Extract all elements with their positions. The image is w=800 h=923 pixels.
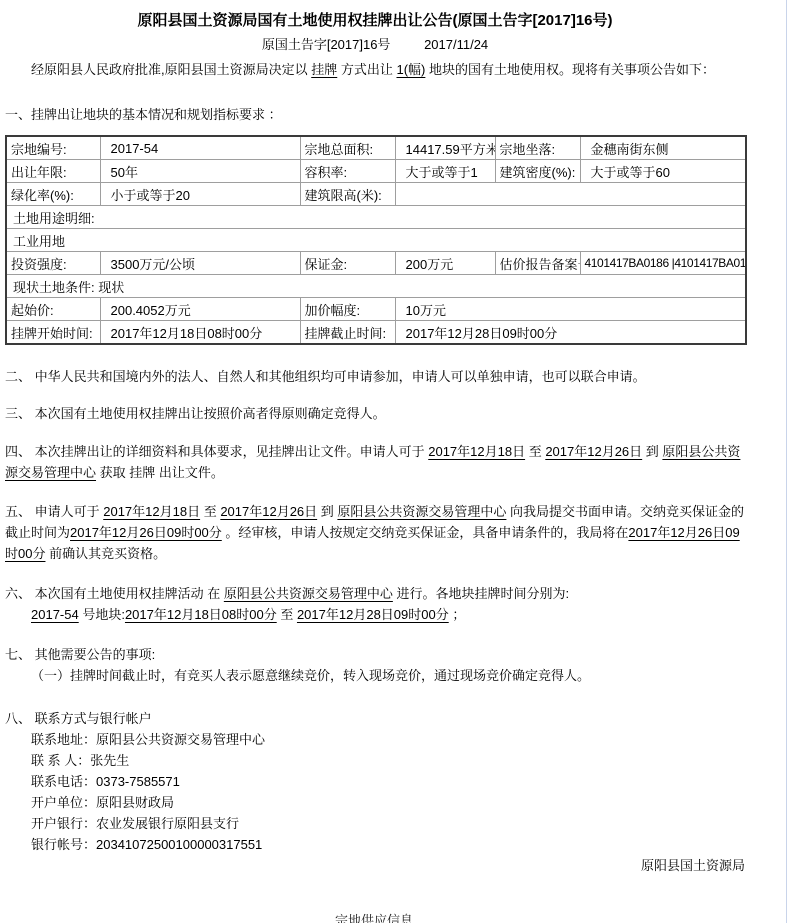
table-row-current-condition: 现状土地条件: 现状 bbox=[6, 275, 746, 298]
text-run: 进行。各地块挂牌时间分别为: bbox=[393, 586, 569, 601]
table-row-greening: 绿化率(%): 小于或等于20 建筑限高(米): bbox=[6, 183, 746, 206]
cell-value-deposit: 200万元 bbox=[395, 252, 495, 275]
contact-phone: 联系电话：0373-7585571 bbox=[5, 771, 745, 792]
cell-label-greening-rate: 绿化率(%): bbox=[6, 183, 100, 206]
section-5-paragraph: 五、 申请人可于 2017年12月18日 至 2017年12月26日 到 原阳县… bbox=[5, 501, 745, 564]
table-row-term: 出让年限: 50年 容积率: 大于或等于1 建筑密度(%): 大于或等于60 bbox=[6, 160, 746, 183]
text-run: 至 bbox=[277, 607, 297, 622]
cell-value-listing-start-time: 2017年12月18日08时00分 bbox=[100, 321, 300, 345]
cell-label-term: 出让年限: bbox=[6, 160, 100, 183]
text-run: 号地块: bbox=[79, 607, 125, 622]
cell-label-total-area: 宗地总面积: bbox=[300, 136, 395, 160]
section-1-heading: 一、挂牌出让地块的基本情况和规划指标要求 ： bbox=[5, 104, 745, 125]
section-6-paragraph: 六、 本次国有土地使用权挂牌活动 在 原阳县公共资源交易管理中心 进行。各地块挂… bbox=[5, 583, 745, 604]
cell-label-listing-start-time: 挂牌开始时间: bbox=[6, 321, 100, 345]
text-run: 至 bbox=[200, 504, 220, 519]
cell-label-location: 宗地坐落: bbox=[495, 136, 580, 160]
section-6-parcel-schedule: 2017-54 号地块:2017年12月18日08时00分 至 2017年12月… bbox=[5, 604, 745, 625]
section-8-heading: 八、 联系方式与银行帐户 bbox=[5, 708, 745, 729]
text-run: 至 bbox=[525, 444, 545, 459]
cell-value-listing-end-time: 2017年12月28日09时00分 bbox=[395, 321, 746, 345]
cell-value-greening-rate: 小于或等于20 bbox=[100, 183, 300, 206]
text-run: 前确认其竞买资格。 bbox=[45, 546, 166, 561]
cell-value-height-limit bbox=[395, 183, 746, 206]
underlined-text: 2017年12月18日08时00分 bbox=[125, 607, 277, 622]
underlined-text: 2017年12月26日 bbox=[545, 444, 642, 459]
parcel-info-table: 宗地编号: 2017-54 宗地总面积: 14417.59平方米 宗地坐落: 金… bbox=[5, 135, 747, 345]
underlined-text: 2017年12月18日 bbox=[103, 504, 200, 519]
doc-meta-line: 原国土告字[2017]16号 2017/11/24 bbox=[5, 34, 745, 55]
underlined-text: 1(幅) bbox=[396, 62, 425, 77]
cell-label-starting-price: 起始价: bbox=[6, 298, 100, 321]
table-row-land-use-value: 工业用地 bbox=[6, 229, 746, 252]
section-7-item-1: （一）挂牌时间截止时，有竞买人表示愿意继续竞价，转入现场竞价，通过现场竞价确定竞… bbox=[5, 665, 745, 686]
cell-value-starting-price: 200.4052万元 bbox=[100, 298, 300, 321]
right-edge-rule bbox=[786, 0, 787, 923]
text-run: ； bbox=[449, 607, 466, 622]
underlined-text: 2017年12月26日 bbox=[220, 504, 317, 519]
section-2-paragraph: 二、 中华人民共和国境内外的法人、自然人和其他组织均可申请参加，申请人可以单独申… bbox=[5, 366, 745, 387]
footer-link-parcel-supply-info[interactable]: 宗地供应信息 bbox=[335, 913, 413, 923]
doc-date: 2017/11/24 bbox=[424, 37, 488, 52]
text-run: 。经审核，申请人按规定交纳竞买保证金，具备申请条件的，我局将在 bbox=[222, 525, 629, 540]
doc-number: 原国土告字[2017]16号 bbox=[262, 37, 391, 52]
underlined-text: 2017年12月28日09时00分 bbox=[297, 607, 449, 622]
cell-value-bid-increment: 10万元 bbox=[395, 298, 746, 321]
page-title: 原阳县国土资源局国有土地使用权挂牌出让公告(原国土告字[2017]16号) bbox=[5, 10, 745, 32]
table-row-land-use-label: 土地用途明细: bbox=[6, 206, 746, 229]
text-run: 方式出让 bbox=[337, 62, 396, 77]
cell-land-use-detail-value: 工业用地 bbox=[6, 229, 746, 252]
text-run: 获取 挂牌 出让文件。 bbox=[96, 465, 224, 480]
bank-name: 开户银行：农业发展银行原阳县支行 bbox=[5, 813, 745, 834]
cell-value-plot-ratio: 大于或等于1 bbox=[395, 160, 495, 183]
text-run: 到 bbox=[317, 504, 337, 519]
issuer-signature: 原阳县国土资源局 bbox=[5, 855, 745, 876]
table-row-listing-times: 挂牌开始时间: 2017年12月18日08时00分 挂牌截止时间: 2017年1… bbox=[6, 321, 746, 345]
underlined-text: 挂牌 bbox=[311, 62, 337, 77]
announcement-document: 原阳县国土资源局国有土地使用权挂牌出让公告(原国土告字[2017]16号) 原国… bbox=[5, 10, 745, 876]
cell-land-use-detail-label: 土地用途明细: bbox=[6, 206, 746, 229]
cell-current-land-condition: 现状土地条件: 现状 bbox=[6, 275, 746, 298]
account-holder: 开户单位：原阳县财政局 bbox=[5, 792, 745, 813]
cell-label-bid-increment: 加价幅度: bbox=[300, 298, 395, 321]
table-row-starting-price: 起始价: 200.4052万元 加价幅度: 10万元 bbox=[6, 298, 746, 321]
text-run: 五、 申请人可于 bbox=[5, 504, 103, 519]
cell-value-parcel-number: 2017-54 bbox=[100, 136, 300, 160]
text-run: 经原阳县人民政府批准,原阳县国土资源局决定以 bbox=[31, 62, 311, 77]
cell-value-building-density: 大于或等于60 bbox=[580, 160, 746, 183]
text-run: 地块的国有土地使用权。现将有关事项公告如下： bbox=[425, 62, 715, 77]
cell-label-appraisal-record-number: 估价报告备案号 bbox=[495, 252, 580, 275]
table-row-investment: 投资强度: 3500万元/公顷 保证金: 200万元 估价报告备案号 41014… bbox=[6, 252, 746, 275]
text-run: 到 bbox=[642, 444, 662, 459]
contact-address: 联系地址：原阳县公共资源交易管理中心 bbox=[5, 729, 745, 750]
underlined-text: 2017年12月18日 bbox=[428, 444, 525, 459]
section-4-paragraph: 四、 本次挂牌出让的详细资料和具体要求，见挂牌出让文件。申请人可于 2017年1… bbox=[5, 441, 745, 483]
table-row-parcel-id: 宗地编号: 2017-54 宗地总面积: 14417.59平方米 宗地坐落: 金… bbox=[6, 136, 746, 160]
cell-label-parcel-number: 宗地编号: bbox=[6, 136, 100, 160]
underlined-text: 2017年12月26日09时00分 bbox=[70, 525, 222, 540]
cell-label-building-density: 建筑密度(%): bbox=[495, 160, 580, 183]
cell-value-investment-intensity: 3500万元/公顷 bbox=[100, 252, 300, 275]
bank-account-number: 银行帐号：20341072500100000317551 bbox=[5, 834, 745, 855]
appraisal-record-number-text: 4101417BA0186 |4101417BA0186 bbox=[581, 252, 747, 275]
text-run: 四、 本次挂牌出让的详细资料和具体要求，见挂牌出让文件。申请人可于 bbox=[5, 444, 428, 459]
cell-label-investment-intensity: 投资强度: bbox=[6, 252, 100, 275]
underlined-text: 原阳县公共资源交易管理中心 bbox=[224, 586, 393, 601]
section-3-paragraph: 三、 本次国有土地使用权挂牌出让按照价高者得原则确定竞得人。 bbox=[5, 403, 745, 424]
cell-label-listing-end-time: 挂牌截止时间: bbox=[300, 321, 395, 345]
cell-value-term: 50年 bbox=[100, 160, 300, 183]
cell-value-total-area: 14417.59平方米 bbox=[395, 136, 495, 160]
contact-person: 联 系 人：张先生 bbox=[5, 750, 745, 771]
intro-paragraph: 经原阳县人民政府批准,原阳县国土资源局决定以 挂牌 方式出让 1(幅) 地块的国… bbox=[5, 59, 745, 80]
cell-label-height-limit: 建筑限高(米): bbox=[300, 183, 395, 206]
underlined-text: 原阳县公共资源交易管理中心 bbox=[337, 504, 506, 519]
cell-value-appraisal-record-number: 4101417BA0186 |4101417BA0186 bbox=[580, 252, 746, 275]
cell-value-location: 金穗南街东侧 bbox=[580, 136, 746, 160]
underlined-text: 2017-54 bbox=[31, 607, 79, 622]
text-run: 六、 本次国有土地使用权挂牌活动 在 bbox=[5, 586, 224, 601]
cell-label-deposit: 保证金: bbox=[300, 252, 395, 275]
cell-label-plot-ratio: 容积率: bbox=[300, 160, 395, 183]
section-7-heading: 七、 其他需要公告的事项: bbox=[5, 644, 745, 665]
